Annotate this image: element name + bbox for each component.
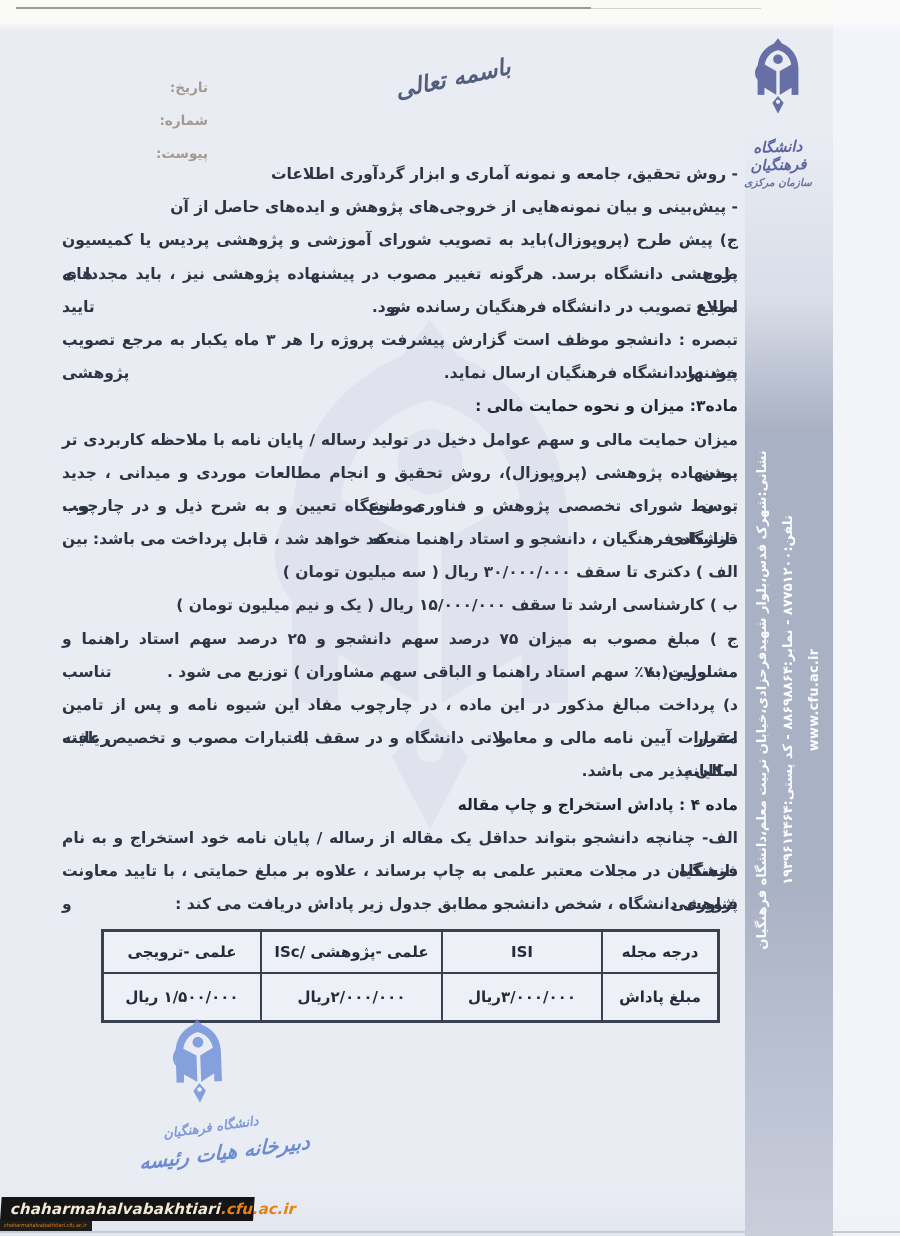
letter-body-line: د) پرداخت مبالغ مذکور در این ماده ، در چ… xyxy=(62,689,738,722)
paper-right-margin xyxy=(833,0,900,1236)
table-header-scientific-promotional: علمی -ترویجی xyxy=(103,931,261,973)
table-header-isc-scientific-research: علمی -پژوهشی /ISc xyxy=(261,931,442,973)
site-watermark-mini-text: chaharmahalvabakhtiari.cfu.ac.ir xyxy=(4,1223,87,1229)
letter-body-line: توسط شورای تخصصی پژوهش و فناوری دانشگاه … xyxy=(62,490,738,523)
letter-body-line: میزان حمایت مالی و سهم عوامل دخیل در تول… xyxy=(62,424,738,457)
number-label: شماره: xyxy=(88,105,208,138)
letter-body-line: فرهنگیان در مجلات معتبر علمی به چاپ برسا… xyxy=(62,855,738,888)
university-name: دانشگاه فرهنگیان xyxy=(730,136,825,175)
letterhead-contact-block: نشانی:شهرک قدس،بلوار شهیدفرحزادی،خیابان … xyxy=(750,420,900,498)
reference-fields: تاریخ: شماره: پیوست: xyxy=(88,72,208,171)
university-logo-icon xyxy=(744,38,812,132)
site-watermark-domain: .cfu.ac.ir xyxy=(221,1200,297,1218)
letter-body-line: الف ) دکتری تا سقف ۳۰/۰۰۰/۰۰۰ ریال ( سه … xyxy=(62,556,738,589)
letter-body-line: پیشنهاده پژوهشی (پروپوزال)، روش تحقیق و … xyxy=(62,457,738,490)
central-organization-subtitle: سازمان مرکزی xyxy=(731,177,825,189)
letter-body-line: - پیش‌بینی و بیان نمونه‌هایی از خروجی‌ها… xyxy=(62,191,738,224)
letter-body-line: ج) پیش طرح (پروپوزال)باید به تصویب شورای… xyxy=(62,224,738,257)
table-header-journal-grade: درجه مجله xyxy=(602,931,718,973)
scan-edge-line xyxy=(16,7,591,9)
bismillah-calligraphy: باسمه تعالی xyxy=(387,53,520,105)
letter-body-line: امکان پذیر می باشد. xyxy=(62,755,738,788)
site-watermark-name: chaharmahalvabakhtiari xyxy=(10,1200,222,1218)
university-logo-block: دانشگاه فرهنگیان سازمان مرکزی xyxy=(731,38,825,189)
letter-body: - روش تحقیق، جامعه و نمونه آماری و ابزار… xyxy=(62,158,738,921)
letter-body-line: دانشگاه فرهنگیان ، دانشجو و استاد راهنما… xyxy=(62,523,738,556)
scanned-letter-page: نشانی:شهرک قدس،بلوار شهیدفرحزادی،خیابان … xyxy=(0,0,900,1236)
table-header-isi: ISI xyxy=(442,931,602,973)
letterhead-phone-fax-postal: تلفن:۸۷۷۵۱۲۰۰ - نمابر:۸۸۶۹۸۸۶۴ - کد پستی… xyxy=(776,420,802,980)
letter-body-line: الف- چنانچه دانشجو بتواند حداقل یک مقاله… xyxy=(62,822,738,855)
scan-edge-line-faint xyxy=(591,8,761,9)
table-value-isi-amount: ۳/۰۰۰/۰۰۰ریال xyxy=(442,973,602,1021)
letter-body-line: ماده۳: میزان و نحوه حمایت مالی : xyxy=(62,390,738,423)
letter-body-line: ب ) کارشناسی ارشد تا سقف ۱۵/۰۰۰/۰۰۰ ریال… xyxy=(62,589,738,622)
letterhead-website: www.cfu.ac.ir xyxy=(802,420,828,980)
attachment-label: پیوست: xyxy=(88,138,208,171)
letterhead-address: نشانی:شهرک قدس،بلوار شهیدفرحزادی،خیابان … xyxy=(750,420,776,980)
site-watermark-bar: chaharmahalvabakhtiari.cfu.ac.ir xyxy=(0,1197,255,1221)
stamp-logo-icon xyxy=(159,1018,239,1125)
letter-body-line: پژوهشی دانشگاه برسد. هرگونه تغییر مصوب د… xyxy=(62,258,738,291)
site-watermark-mini: chaharmahalvabakhtiari.cfu.ac.ir xyxy=(0,1221,92,1231)
letter-body-line: مقررات آیین نامه مالی و معاملاتی دانشگاه… xyxy=(62,722,738,755)
secretariat-stamp: دانشگاه فرهنگیان دبیرخانه هیات رئیسه xyxy=(97,1008,353,1197)
reward-table: درجه مجله ISI علمی -پژوهشی /ISc علمی -تر… xyxy=(101,929,720,1023)
letter-body-line: تبصره : دانشجو موظف است گزارش پیشرفت پرو… xyxy=(62,324,738,357)
letter-body-line: ماده ۴ : پاداش استخراج و چاپ مقاله xyxy=(62,789,738,822)
date-label: تاریخ: xyxy=(88,72,208,105)
table-row-label-reward-amount: مبلغ پاداش xyxy=(602,973,718,1021)
letter-body-line: ج ) مبلغ مصوب به میزان ۷۵ درصد سهم دانشج… xyxy=(62,623,738,656)
